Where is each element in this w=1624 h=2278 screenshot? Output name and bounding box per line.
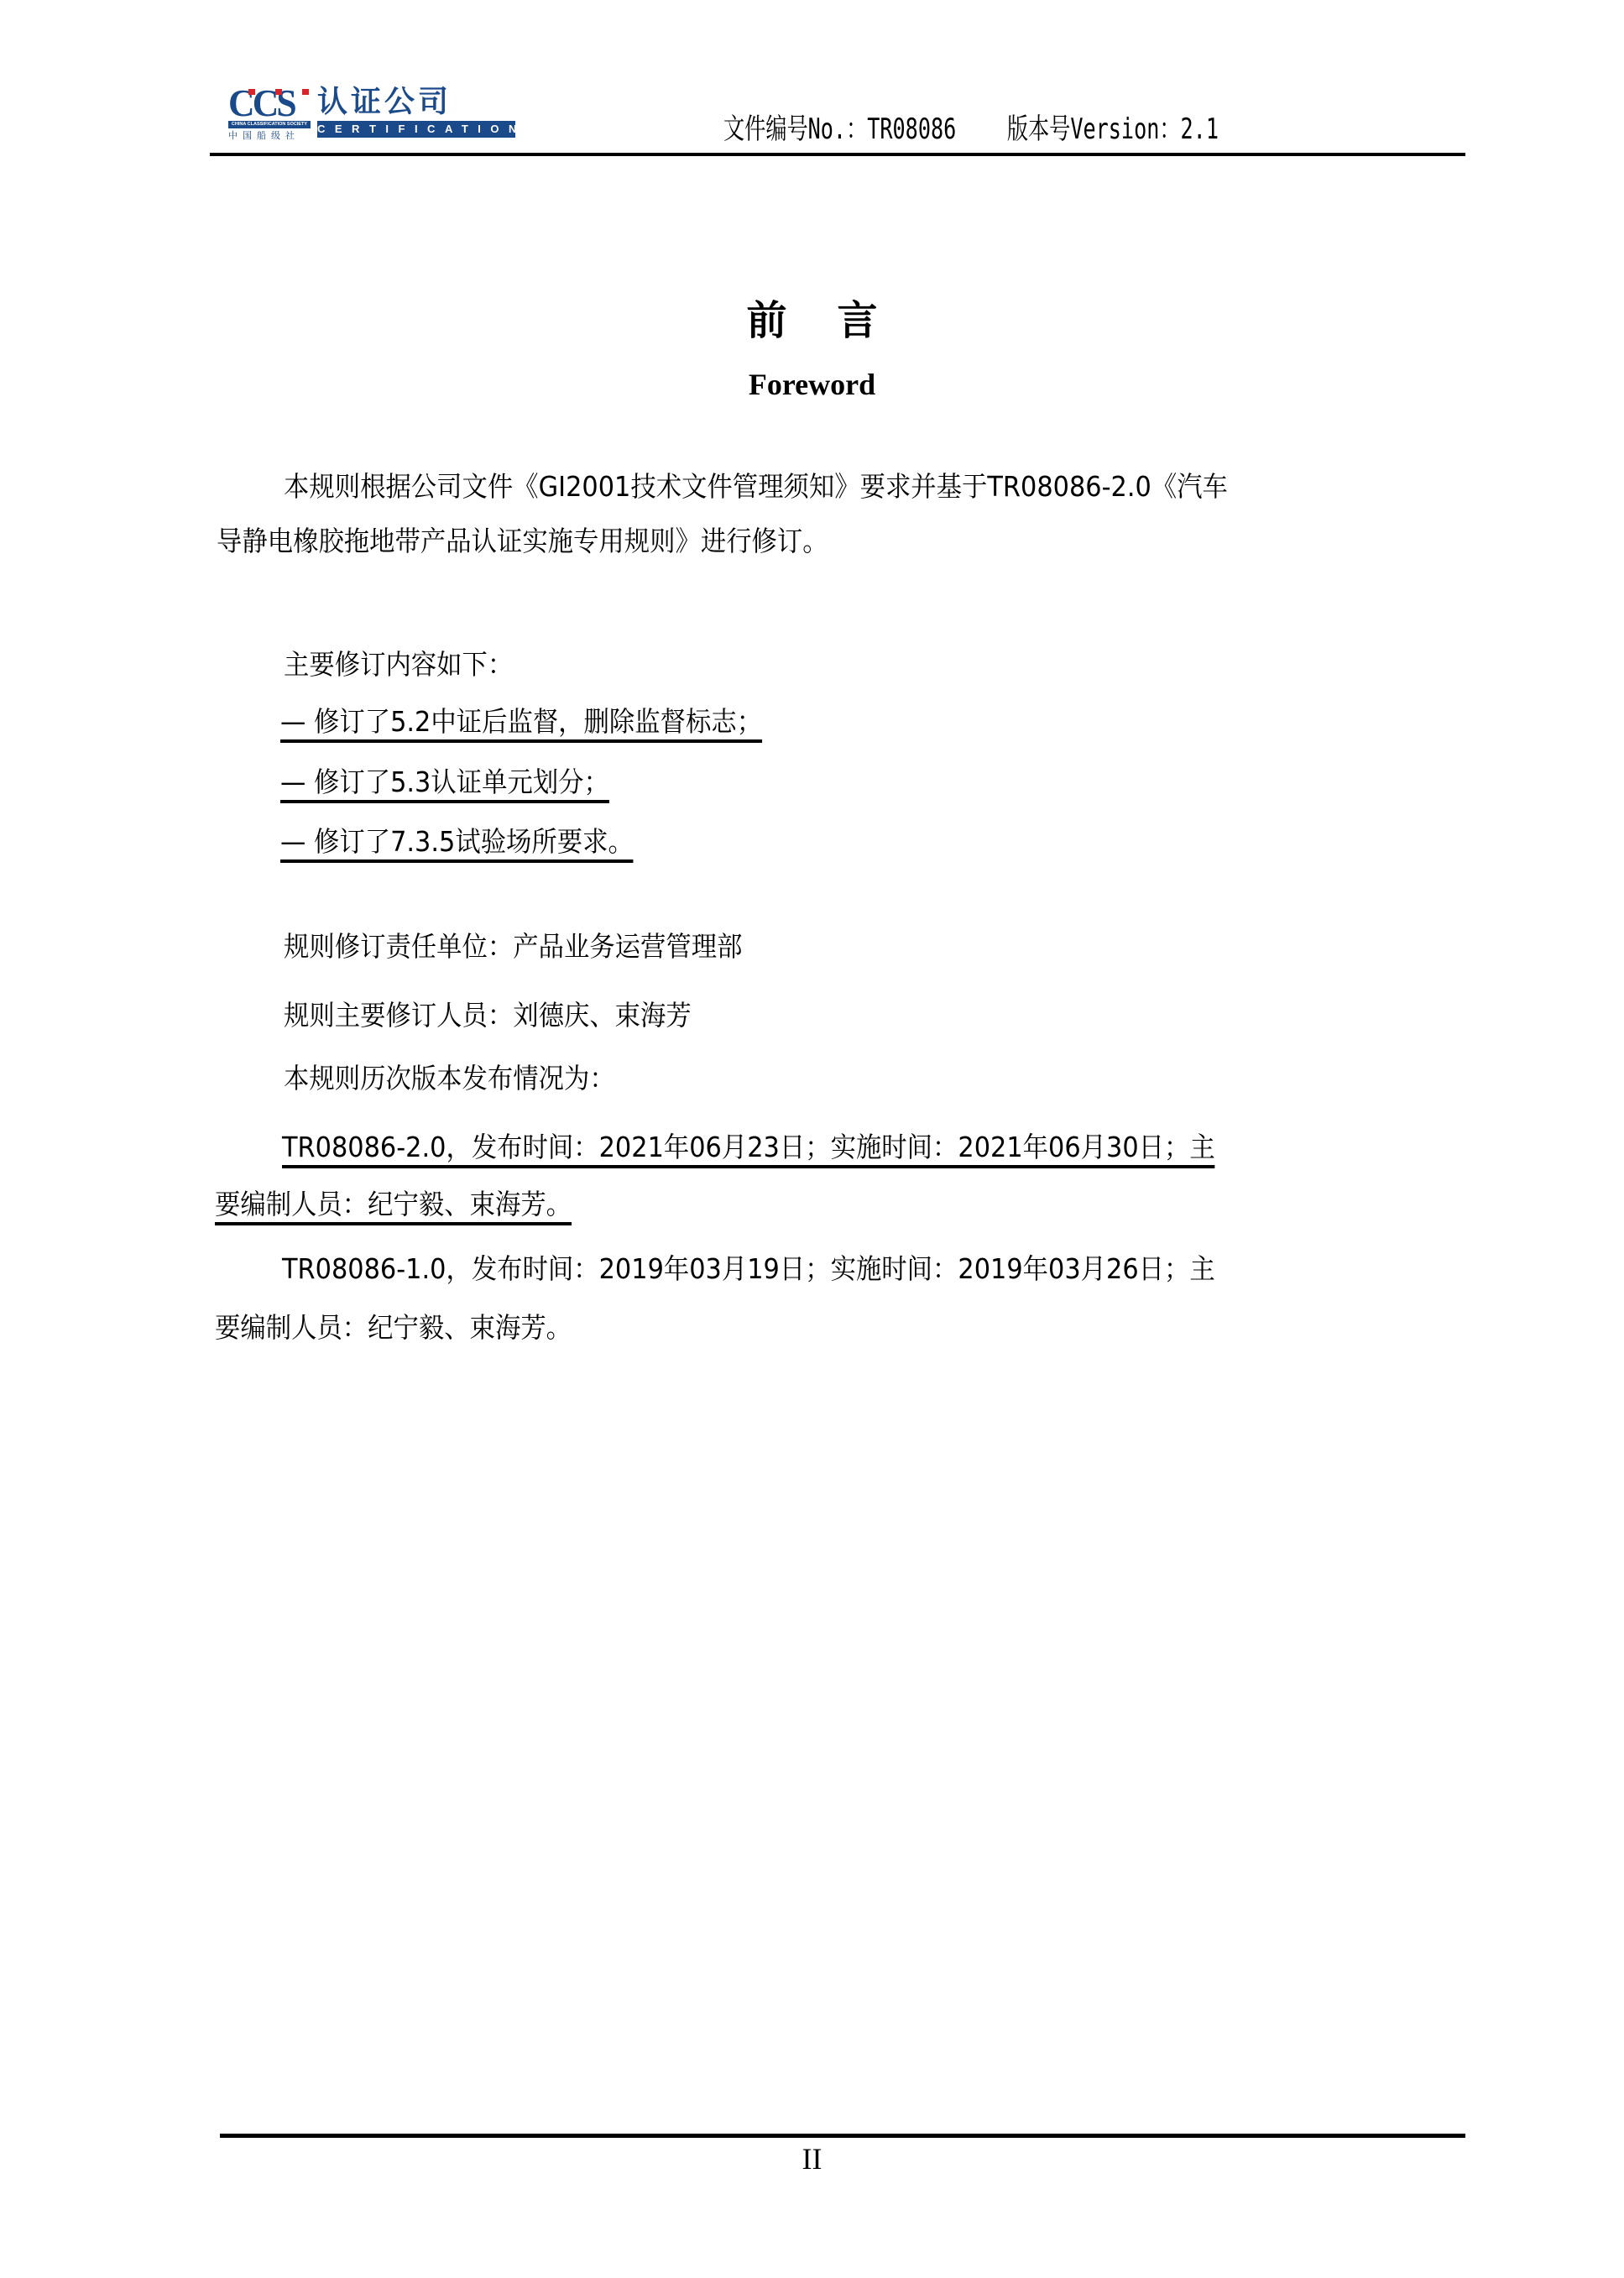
logo-company-cn: 认证公司 — [317, 86, 515, 119]
page-title-cn: 前言 — [0, 295, 1624, 346]
intro-line-1: 本规则根据公司文件《GI2001技术文件管理须知》要求并基于TR08086-2.… — [284, 470, 1228, 504]
history-entry-line: 要编制人员：纪宁毅、束海芳。 — [215, 1188, 572, 1221]
change-item: — 修订了5.2中证后监督，删除监督标志； — [280, 705, 762, 739]
footer-rule — [220, 2134, 1465, 2138]
change-item-text: — 修订了5.3认证单元划分； — [280, 765, 609, 803]
history-heading: 本规则历次版本发布情况为： — [284, 1062, 615, 1095]
revisers: 规则主要修订人员：刘德庆、束海芳 — [284, 999, 692, 1032]
history-entry-text: TR08086-2.0，发布时间：2021年06月23日；实施时间：2021年0… — [282, 1131, 1215, 1168]
logo-society-cn: 中国船级社 — [228, 130, 311, 142]
history-entry-line: 要编制人员：纪宁毅、束海芳。 — [215, 1311, 572, 1345]
company-logo: CCS CHINA CLASSIFICATION SOCIETY 中国船级社 认… — [228, 87, 515, 143]
logo-red-accent — [248, 89, 255, 95]
intro-line-2: 导静电橡胶拖地带产品认证实施专用规则》进行修订。 — [217, 525, 828, 558]
page-title-en: Foreword — [0, 366, 1624, 403]
change-item-text: — 修订了5.2中证后监督，删除监督标志； — [280, 705, 762, 743]
history-entry-line: TR08086-1.0，发布时间：2019年03月19日；实施时间：2019年0… — [282, 1252, 1215, 1286]
logo-society-en: CHINA CLASSIFICATION SOCIETY — [228, 121, 311, 128]
logo-ccs-mark: CCS — [228, 87, 306, 119]
logo-red-accent — [302, 89, 309, 95]
header-rule — [210, 153, 1465, 156]
change-item: — 修订了5.3认证单元划分； — [280, 765, 609, 799]
change-item-text: — 修订了7.3.5试验场所要求。 — [280, 825, 634, 863]
change-item: — 修订了7.3.5试验场所要求。 — [280, 825, 634, 859]
history-entry-text: 要编制人员：纪宁毅、束海芳。 — [215, 1188, 572, 1225]
history-entry-line: TR08086-2.0，发布时间：2021年06月23日；实施时间：2021年0… — [282, 1131, 1215, 1164]
logo-company-en: CERTIFICATION — [317, 121, 515, 138]
page-number: II — [0, 2142, 1624, 2176]
document-number-version: 文件编号No.：TR08086 版本号Version：2.1 — [723, 112, 1219, 146]
changes-heading: 主要修订内容如下： — [284, 648, 513, 682]
responsible-unit: 规则修订责任单位：产品业务运营管理部 — [284, 930, 742, 964]
logo-red-accent — [275, 89, 282, 95]
